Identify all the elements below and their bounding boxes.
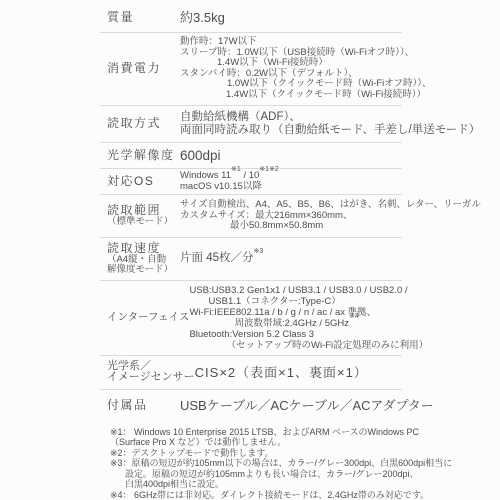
spec-value: 動作時：17W以下スリープ時：1.0W以下（USB接続時（Wi-Fiオフ時））、… bbox=[180, 37, 402, 100]
footnote-marker: ※1※2 bbox=[259, 166, 279, 173]
spec-label-text: 質量 bbox=[107, 11, 180, 24]
spec-value-line: 片面 45枚／分※3 bbox=[180, 252, 402, 265]
footnote-line: （Surface Pro X など）では動作しません。 bbox=[110, 437, 500, 448]
spec-value-line: 1.4W以下（クイックモード時（Wi-Fi接続時）） bbox=[180, 90, 402, 101]
spec-label-subtext: 解像度モード） bbox=[107, 265, 180, 276]
spec-label-text: 光学解像度 bbox=[107, 149, 180, 162]
spec-value-line: サイズ自動検出、A4、A5、B5、B6、はがき、名刺、レター、リーガル bbox=[180, 200, 402, 211]
spec-value-line: macOS v10.15以降 bbox=[180, 182, 402, 193]
spec-value: USB:USB3.2 Gen1x1 / USB3.1 / USB3.0 / US… bbox=[189, 285, 402, 351]
spec-label-text: 消費電力 bbox=[107, 62, 180, 75]
spec-row-accessories: 付属品USBケーブル／ACケーブル／ACアダプター bbox=[100, 390, 402, 421]
footnote-line: 白黒400dpi相当に設定。 bbox=[110, 479, 500, 490]
spec-value-line: 周波数帯域:2.4GHz / 5GHz※4 bbox=[189, 318, 402, 329]
spec-row-weight: 質量約3.5kg bbox=[100, 3, 402, 33]
spec-value-line: 最小50.8mm×50.8mm bbox=[180, 221, 402, 232]
footnote-3: ※3：原稿の短辺が約105mm以下の場合は、カラー/グレー300dpi、白黒60… bbox=[110, 458, 500, 490]
spec-value: 片面 45枚／分※3 bbox=[180, 252, 402, 265]
spec-value-line: 約3.5kg bbox=[180, 10, 402, 25]
spec-value: サイズ自動検出、A4、A5、B5、B6、はがき、名刺、レター、リーガルカスタムサ… bbox=[180, 200, 402, 232]
spec-value-line: USBケーブル／ACケーブル／ACアダプター bbox=[180, 398, 402, 413]
spec-label-text: 読取速度 bbox=[107, 242, 180, 255]
spec-value: 600dpi bbox=[180, 148, 402, 163]
spec-row-supported-os: 対応OSWindows 11※1 / 10※1※2macOS v10.15以降 bbox=[100, 169, 402, 195]
spec-label-text: 対応OS bbox=[107, 175, 180, 188]
spec-label: インターフェイス bbox=[100, 311, 189, 324]
spec-label-text: 読取方式 bbox=[107, 117, 180, 130]
spec-value-line: CIS×2（表面×1、裏面×1） bbox=[195, 365, 402, 380]
spec-value: 自動給紙機構（ADF）、両面同時読み取り（自動給紙モード、手差し/単送モード） bbox=[180, 111, 402, 136]
spec-value-line: 両面同時読み取り（自動給紙モード、手差し/単送モード） bbox=[180, 124, 402, 137]
spec-value-line: USB1.1（コネクター:Type-C） bbox=[189, 296, 402, 307]
footnote-line: ※4： 6GHz帯には非対応。ダイレクト接続モードは、2.4GHz帯のみ対応です… bbox=[110, 490, 500, 500]
spec-label: 読取範囲（標準モード） bbox=[100, 204, 180, 228]
spec-label: 付属品 bbox=[100, 399, 180, 412]
footnote-2: ※2：デスクトップモードで動作します。 bbox=[110, 448, 500, 459]
spec-label: 消費電力 bbox=[100, 62, 180, 75]
spec-label-text: イメージセンサー bbox=[107, 372, 195, 384]
spec-label-text: インターフェイス bbox=[107, 311, 189, 324]
footnote-marker: ※4 bbox=[349, 313, 359, 320]
spec-value: Windows 11※1 / 10※1※2macOS v10.15以降 bbox=[180, 171, 402, 192]
spec-label: 質量 bbox=[100, 11, 180, 24]
spec-row-power: 消費電力動作時：17W以下スリープ時：1.0W以下（USB接続時（Wi-Fiオフ… bbox=[100, 33, 402, 106]
spec-value-line: Windows 11※1 / 10※1※2 bbox=[180, 171, 402, 182]
spec-table: 質量約3.5kg消費電力動作時：17W以下スリープ時：1.0W以下（USB接続時… bbox=[100, 3, 402, 421]
footnote-marker: ※3 bbox=[254, 248, 264, 255]
spec-label: 読取速度（A4縦・自動解像度モード） bbox=[100, 242, 180, 276]
spec-value-line: 動作時：17W以下 bbox=[180, 37, 402, 48]
spec-label: 読取方式 bbox=[100, 117, 180, 130]
spec-value-line: 自動給紙機構（ADF）、 bbox=[180, 111, 402, 124]
spec-label: 光学系／イメージセンサー bbox=[100, 361, 195, 384]
spec-value-line: 600dpi bbox=[180, 148, 402, 163]
footnote-1: ※1： Windows 10 Enterprise 2015 LTSB、およびA… bbox=[110, 427, 500, 448]
spec-label-text: 付属品 bbox=[107, 399, 180, 412]
footnote-marker: ※1 bbox=[231, 166, 241, 173]
spec-value: CIS×2（表面×1、裏面×1） bbox=[195, 365, 402, 380]
spec-label-subtext: （標準モード） bbox=[107, 217, 180, 228]
spec-value: USBケーブル／ACケーブル／ACアダプター bbox=[180, 398, 402, 413]
spec-value-line: Wi-Fi:IEEE802.11a / b / g / n / ac / ax … bbox=[189, 307, 402, 318]
spec-row-interface: インターフェイスUSB:USB3.2 Gen1x1 / USB3.1 / USB… bbox=[100, 281, 402, 356]
spec-value-line: 1.0W以下（クイックモード時（Wi-Fiオフ時））、 bbox=[180, 79, 402, 90]
footnote-4: ※4： 6GHz帯には非対応。ダイレクト接続モードは、2.4GHz帯のみ対応です… bbox=[110, 490, 500, 500]
spec-row-scan-method: 読取方式自動給紙機構（ADF）、両面同時読み取り（自動給紙モード、手差し/単送モ… bbox=[100, 106, 402, 143]
spec-value-line: Bluetooth:Version 5.2 Class 3 bbox=[189, 329, 402, 340]
footnote-line: 設定。原稿の短辺が約105mmよりも長い場合は、カラー/グレー200dpi、 bbox=[110, 469, 500, 480]
spec-row-optical-resolution: 光学解像度600dpi bbox=[100, 143, 402, 169]
spec-value-line: USB:USB3.2 Gen1x1 / USB3.1 / USB3.0 / US… bbox=[189, 285, 402, 296]
spec-value-line: （セットアップ時のWi-Fi設定処理のみに利用） bbox=[189, 340, 402, 351]
spec-value-line: 1.4W以下（Wi-Fi接続時） bbox=[180, 58, 402, 69]
spec-value: 約3.5kg bbox=[180, 10, 402, 25]
spec-row-scan-range: 読取範囲（標準モード）サイズ自動検出、A4、A5、B5、B6、はがき、名刺、レタ… bbox=[100, 195, 402, 238]
footnote-line: ※2：デスクトップモードで動作します。 bbox=[110, 448, 500, 459]
spec-row-scan-speed: 読取速度（A4縦・自動解像度モード）片面 45枚／分※3 bbox=[100, 238, 402, 281]
spec-label: 対応OS bbox=[100, 175, 180, 188]
footnotes: ※1： Windows 10 Enterprise 2015 LTSB、およびA… bbox=[110, 427, 500, 500]
spec-label: 光学解像度 bbox=[100, 149, 180, 162]
footnote-line: ※1： Windows 10 Enterprise 2015 LTSB、およびA… bbox=[110, 427, 500, 438]
footnote-line: ※3：原稿の短辺が約105mm以下の場合は、カラー/グレー300dpi、白黒60… bbox=[110, 458, 500, 469]
spec-row-image-sensor: 光学系／イメージセンサーCIS×2（表面×1、裏面×1） bbox=[100, 356, 402, 390]
